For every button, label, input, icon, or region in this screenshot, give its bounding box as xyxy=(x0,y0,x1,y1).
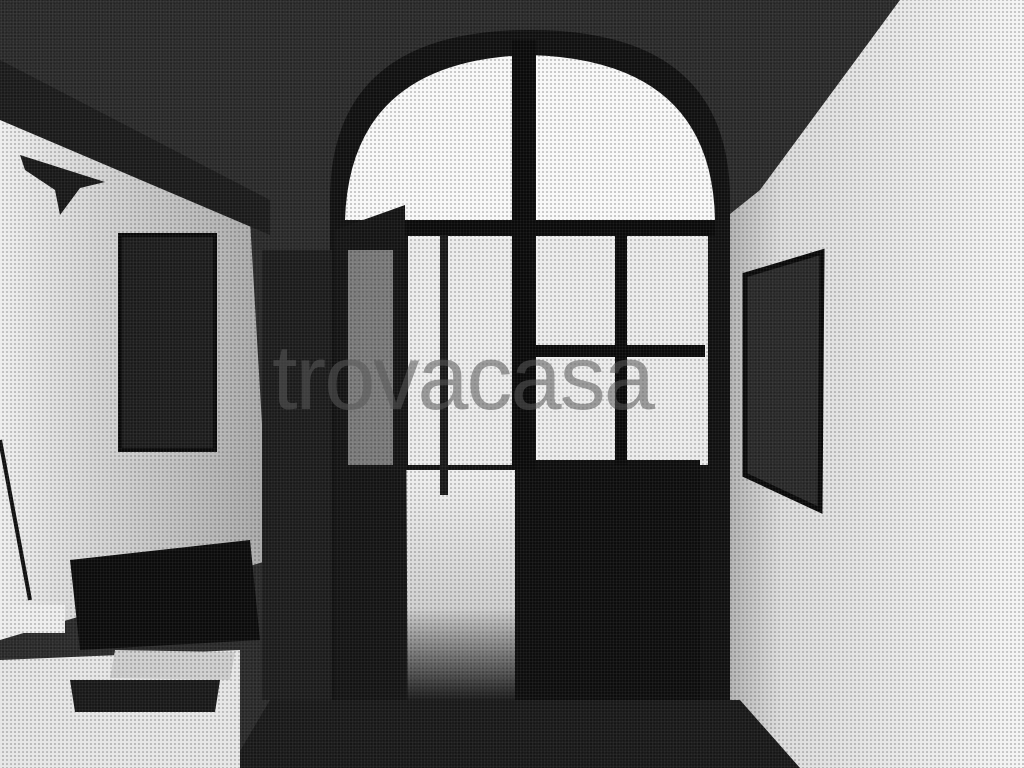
picture-frame-right xyxy=(745,252,822,510)
door-leaf-right xyxy=(515,460,700,700)
floor xyxy=(230,700,800,768)
hallway-photo: trovacasa xyxy=(0,0,1024,768)
hallway-scene xyxy=(0,0,1024,768)
picture-frame-left xyxy=(120,235,215,450)
